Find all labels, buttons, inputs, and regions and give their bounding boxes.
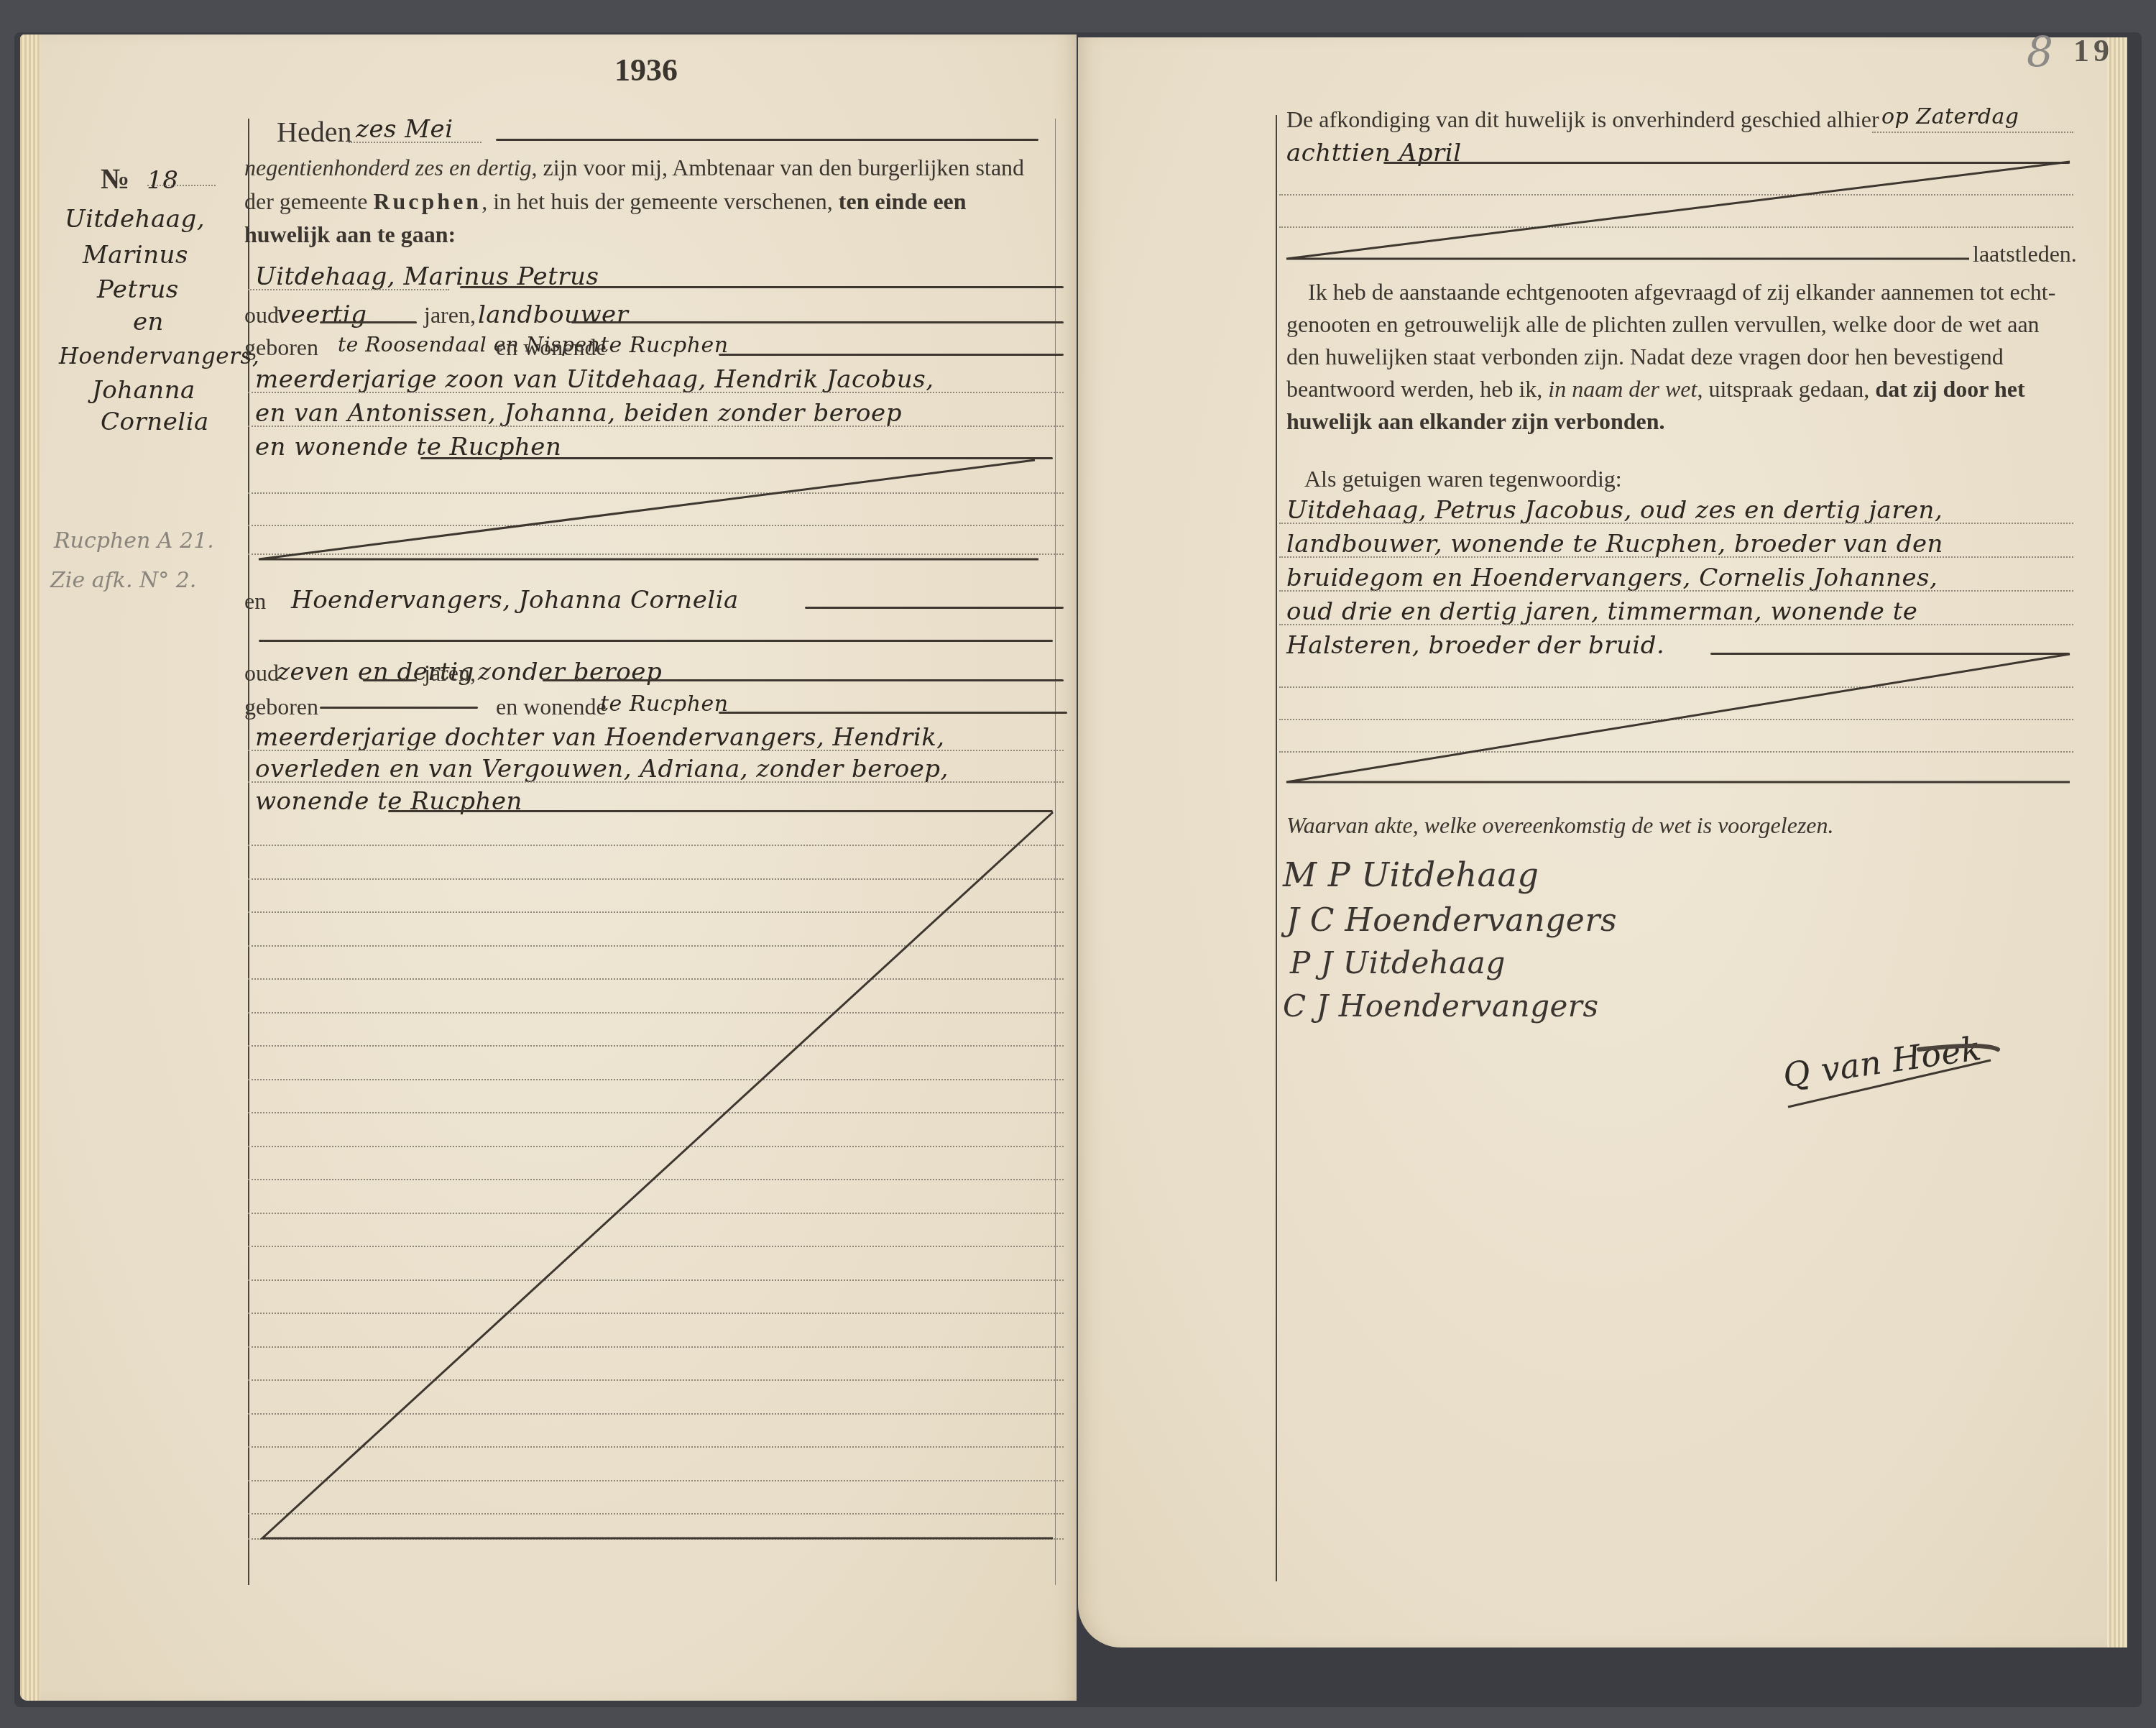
signature-witness-2: C J Hoendervangers bbox=[1283, 988, 1599, 1024]
afkondiging-dotline bbox=[1872, 132, 2073, 133]
witness-dotline-1 bbox=[1279, 523, 2073, 524]
bride-occupation: zonder beroep bbox=[478, 658, 662, 686]
groom-blank-dotline-3 bbox=[248, 553, 1064, 555]
afkondiging-day: op Zaterdag bbox=[1881, 104, 2019, 129]
pencil-folio: 8 bbox=[2027, 27, 2053, 76]
witness-dotline-4 bbox=[1279, 624, 2073, 625]
afkondiging-rule bbox=[1383, 162, 2070, 164]
witness-dotline-3 bbox=[1279, 590, 2073, 592]
witnesses-label: Als getuigen waren tegenwoordig: bbox=[1304, 466, 1622, 492]
bride-oud-label: oud bbox=[244, 660, 279, 686]
groom-name-rule bbox=[460, 286, 1064, 288]
opening-line-2-rest: , zijn voor mij, Ambtenaar van den burge… bbox=[532, 155, 1024, 180]
opening-line-4-bold: huwelijk aan te gaan: bbox=[244, 221, 456, 247]
number-label: № bbox=[101, 162, 129, 195]
bride-wonende-label: en wonende bbox=[496, 694, 607, 720]
right-margin-divider bbox=[1276, 115, 1277, 1581]
groom-age: veertig bbox=[277, 300, 367, 329]
municipality: Rucphen bbox=[373, 188, 482, 214]
bride-residence: te Rucphen bbox=[600, 691, 729, 717]
groom-wonende-label: en wonende bbox=[496, 334, 607, 361]
heden-date: zes Mei bbox=[356, 115, 453, 144]
witness-line-3: bruidegom en Hoendervangers, Cornelis Jo… bbox=[1286, 564, 1938, 592]
margin-name-5: Hoendervangers, bbox=[59, 344, 259, 369]
groom-parents-dotline-2 bbox=[248, 426, 1064, 427]
bride-parents-rule bbox=[388, 810, 1053, 812]
official-signature-flourish bbox=[0, 0, 1, 1]
bride-residence-rule bbox=[719, 712, 1067, 714]
witness-line-5: Halsteren, broeder der bruid. bbox=[1286, 631, 1664, 660]
opening-line-4: huwelijk aan te gaan: bbox=[244, 221, 456, 248]
signature-witness-1: P J Uitdehaag bbox=[1290, 945, 1506, 980]
laatstleden-label: laatstleden. bbox=[1973, 241, 2077, 267]
en-label: en bbox=[244, 588, 266, 615]
bride-parents-2: overleden en van Vergouwen, Adriana, zon… bbox=[255, 755, 949, 783]
number-dotline bbox=[147, 185, 216, 186]
groom-residence-rule bbox=[719, 354, 1064, 356]
groom-parents-1: meerderjarige zoon van Uitdehaag, Hendri… bbox=[255, 365, 934, 394]
opening-line-3: der gemeente Rucphen, in het huis der ge… bbox=[244, 188, 967, 215]
right-page-edges bbox=[2107, 37, 2127, 1647]
groom-name-dotline bbox=[248, 289, 449, 290]
bride-parents-dotline-2 bbox=[248, 781, 1064, 783]
groom-occupation: landbouwer bbox=[478, 300, 628, 329]
year-in-words: negentienhonderd zes en dertig bbox=[244, 155, 532, 180]
margin-name-2: Marinus bbox=[83, 241, 188, 270]
groom-oud-label: oud bbox=[244, 302, 279, 328]
groom-blank-dotline-2 bbox=[248, 525, 1064, 526]
left-page-edges bbox=[20, 35, 40, 1701]
margin-name-4: en bbox=[133, 308, 164, 336]
signature-groom: M P Uitdehaag bbox=[1283, 855, 1539, 894]
margin-name-1: Uitdehaag, bbox=[65, 205, 205, 234]
groom-age-rule bbox=[320, 321, 417, 323]
bride-occupation-rule bbox=[543, 679, 1064, 681]
vows-line-2: genooten en getrouwelijk alle de plichte… bbox=[1286, 311, 2040, 338]
opening-line-2: negentienhonderd zes en dertig, zijn voo… bbox=[244, 155, 1024, 181]
afkondiging-blank-2 bbox=[1279, 226, 2073, 228]
bride-parents-1: meerderjarige dochter van Hoendervangers… bbox=[255, 723, 945, 752]
bride-jaren-label: jaren, bbox=[424, 660, 476, 686]
bride-geboren-label: geboren bbox=[244, 694, 318, 720]
groom-geboren-label: geboren bbox=[244, 334, 318, 361]
groom-parents-2: en van Antonissen, Johanna, beiden zonde… bbox=[255, 399, 902, 428]
vows-line-5: huwelijk aan elkander zijn verbonden. bbox=[1286, 408, 1665, 435]
vows-line-4-a: beantwoord werden, heb ik, bbox=[1286, 376, 1548, 402]
witness-line-4: oud drie en dertig jaren, timmerman, won… bbox=[1286, 597, 1917, 626]
groom-occupation-rule bbox=[571, 321, 1064, 323]
signature-bride: J C Hoendervangers bbox=[1286, 902, 1617, 939]
vows-line-4-b: , uitspraak gedaan, bbox=[1697, 376, 1875, 402]
witness-rule bbox=[1710, 653, 2070, 655]
bride-age-rule bbox=[363, 679, 417, 681]
bride-name: Hoendervangers, Johanna Cornelia bbox=[291, 586, 739, 615]
margin-name-6: Johanna bbox=[92, 376, 195, 405]
in-naam-der-wet: in naam der wet bbox=[1548, 376, 1697, 402]
margin-name-3: Petrus bbox=[97, 275, 179, 304]
bride-name-rule bbox=[805, 607, 1064, 609]
vows-line-4-bold: dat zij door het bbox=[1875, 376, 2024, 402]
bride-birthplace-rule bbox=[320, 707, 478, 709]
heden-dotline bbox=[349, 142, 482, 143]
pencil-note-1: Rucphen A 21. bbox=[54, 528, 214, 553]
vows-line-4: beantwoord werden, heb ik, in naam der w… bbox=[1286, 376, 2025, 403]
opening-line-3-a: der gemeente bbox=[244, 188, 373, 214]
groom-blank-dotline-1 bbox=[248, 492, 1064, 494]
heden-label: Heden bbox=[277, 115, 351, 149]
witness-dotline-2 bbox=[1279, 556, 2073, 558]
margin-name-7: Cornelia bbox=[101, 408, 209, 436]
record-number: № 18 bbox=[101, 162, 178, 196]
groom-residence: te Rucphen bbox=[600, 333, 729, 358]
vows-line-1: Ik heb de aanstaande echtgenooten afgevr… bbox=[1308, 279, 2055, 305]
groom-parents-dotline-1 bbox=[248, 392, 1064, 393]
groom-parents-rule bbox=[420, 457, 1053, 459]
closing-statement: Waarvan akte, welke overeenkomstig de we… bbox=[1286, 812, 1834, 839]
groom-jaren-label: jaren, bbox=[424, 302, 476, 328]
witness-line-2: landbouwer, wonende te Rucphen, broeder … bbox=[1286, 530, 1943, 559]
opening-line-3-bold: ten einde een bbox=[839, 188, 967, 214]
witness-blank-1 bbox=[1279, 686, 2073, 688]
afkondiging-blank-1 bbox=[1279, 194, 2073, 196]
heden-fill-rule bbox=[496, 139, 1038, 141]
number-value: 18 bbox=[147, 166, 178, 195]
vows-line-5-bold: huwelijk aan elkander zijn verbonden. bbox=[1286, 408, 1665, 434]
bride-parents-dotline-1 bbox=[248, 750, 1064, 751]
year-heading: 1936 bbox=[614, 52, 678, 88]
vows-line-3: den huwelijken staat verbonden zijn. Nad… bbox=[1286, 344, 2004, 370]
witness-line-1: Uitdehaag, Petrus Jacobus, oud zes en de… bbox=[1286, 496, 1943, 525]
witness-blank-3 bbox=[1279, 751, 2073, 753]
left-page-frame bbox=[1055, 119, 1056, 1585]
afkondiging-text: De afkondiging van dit huwelijk is onver… bbox=[1286, 106, 1879, 133]
page-number: 19 bbox=[2073, 32, 2114, 69]
bride-name-rule-2 bbox=[259, 640, 1053, 642]
pencil-note-2: Zie afk. N° 2. bbox=[50, 568, 196, 593]
opening-line-3-b: , in het huis der gemeente verschenen, bbox=[482, 188, 839, 214]
